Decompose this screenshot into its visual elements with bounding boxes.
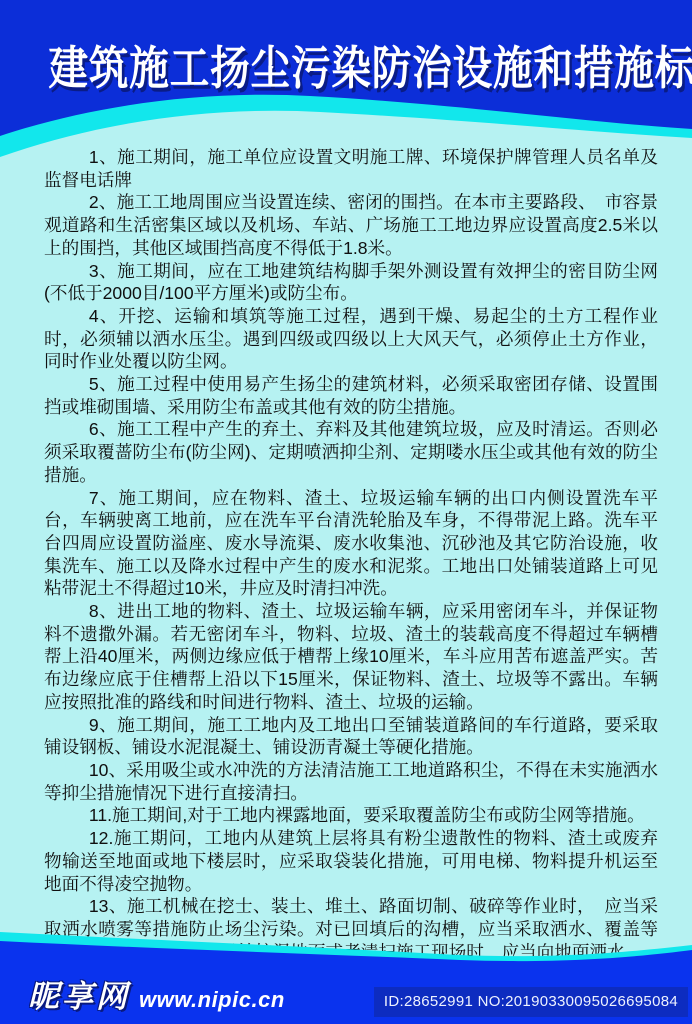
regulation-item-11: 11.施工期间,对于工地内裸露地面，要采取覆盖防尘布或防尘网等措施。 bbox=[44, 804, 658, 827]
regulation-item-4: 4、开挖、运输和填筑等施工过程，遇到干燥、易起尘的土方工程作业时，必须辅以洒水压… bbox=[44, 305, 658, 373]
regulation-item-7: 7、施工期间，应在物料、渣土、垃圾运输车辆的出口内侧设置洗车平台，车辆驶离工地前… bbox=[44, 487, 658, 601]
regulation-item-2: 2、施工工地周围应当设置连续、密闭的围挡。在本市主要路段、 市容景观道路和生活密… bbox=[44, 191, 658, 259]
regulation-item-9: 9、施工期间，施工工地内及工地出口至铺装道路间的车行道路，要采取铺设钢板、铺设水… bbox=[44, 714, 658, 759]
regulation-item-12: 12.施工期问，工地内从建筑上层将具有粉尘遗散性的物料、渣土或废弃物输送至地面或… bbox=[44, 827, 658, 895]
regulation-item-5: 5、施工过程中使用易产生扬尘的建筑材料，必须采取密团存储、设置围挡或堆砌围墙、采… bbox=[44, 373, 658, 418]
site-logo: 昵享网 bbox=[28, 979, 130, 1014]
regulation-item-8: 8、进出工地的物料、渣土、垃圾运输车辆，应采用密闭车斗，并保证物料不遗撒外漏。若… bbox=[44, 600, 658, 714]
watermark-id-badge: ID:28652991 NO:20190330095026695084 bbox=[374, 987, 688, 1017]
regulation-item-6: 6、施工工程中产生的弃土、弃料及其他建筑垃圾，应及时清运。否则必须采取覆蔷防尘布… bbox=[44, 418, 658, 486]
dust-control-poster: 建筑施工扬尘污染防治设施和措施标准 1、施工期间，施工单位应设置文明施工牌、环境… bbox=[0, 0, 692, 1024]
regulation-item-3: 3、施工期间，应在工地建筑结构脚手架外测设置有效押尘的密目防尘网(不低于2000… bbox=[44, 260, 658, 305]
regulation-item-1: 1、施工期间，施工单位应设置文明施工牌、环境保护牌管理人员名单及监督电话牌 bbox=[44, 146, 658, 191]
regulation-list: 1、施工期间，施工单位应设置文明施工牌、环境保护牌管理人员名单及监督电话牌 2、… bbox=[44, 146, 658, 963]
regulation-item-10: 10、采用吸尘或水冲洗的方法清洁施工工地道路积尘，不得在未实施洒水等抑尘措施情况… bbox=[44, 759, 658, 804]
site-url: www.nipic.cn bbox=[139, 987, 285, 1012]
page-title: 建筑施工扬尘污染防治设施和措施标准 bbox=[48, 32, 643, 98]
site-brand: 昵享网www.nipic.cn bbox=[28, 971, 285, 1016]
